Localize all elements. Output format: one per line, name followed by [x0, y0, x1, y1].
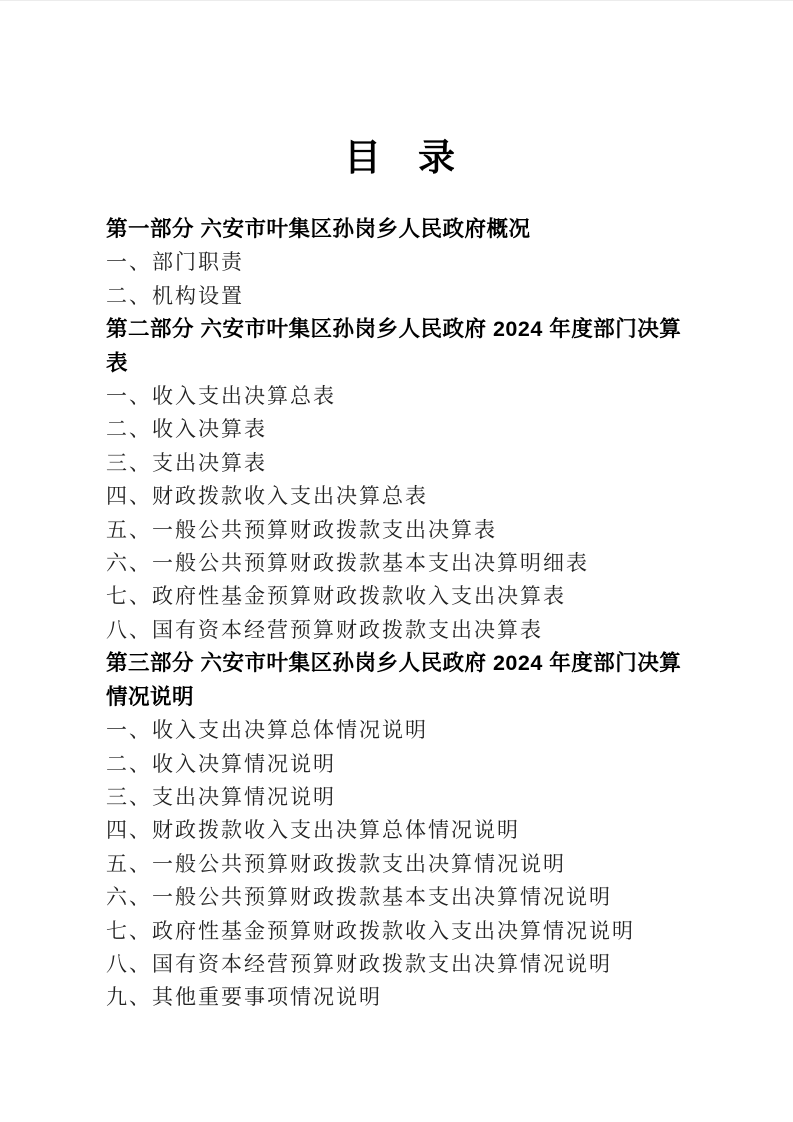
- toc-item: 七、政府性基金预算财政拨款收入支出决算情况说明: [106, 915, 693, 948]
- toc-item: 九、其他重要事项情况说明: [106, 981, 693, 1014]
- page-title: 目 录: [106, 137, 693, 181]
- toc-item: 八、国有资本经营预算财政拨款支出决算表: [106, 614, 693, 647]
- toc-item: 三、支出决算情况说明: [106, 781, 693, 814]
- toc-item: 六、一般公共预算财政拨款基本支出决算明细表: [106, 547, 693, 580]
- toc-item: 五、一般公共预算财政拨款支出决算表: [106, 514, 693, 547]
- toc-item: 四、财政拨款收入支出决算总表: [106, 480, 693, 513]
- document-page: 目 录 第一部分 六安市叶集区孙岗乡人民政府概况 一、部门职责 二、机构设置 第…: [0, 0, 793, 1122]
- toc-item: 七、政府性基金预算财政拨款收入支出决算表: [106, 580, 693, 613]
- toc-item: 八、国有资本经营预算财政拨款支出决算情况说明: [106, 948, 693, 981]
- toc-item: 四、财政拨款收入支出决算总体情况说明: [106, 814, 693, 847]
- toc-item: 二、收入决算表: [106, 413, 693, 446]
- toc-item: 二、机构设置: [106, 280, 693, 313]
- section-1-heading: 第一部分 六安市叶集区孙岗乡人民政府概况: [106, 213, 693, 246]
- table-of-contents: 第一部分 六安市叶集区孙岗乡人民政府概况 一、部门职责 二、机构设置 第二部分 …: [106, 213, 693, 1015]
- toc-item: 三、支出决算表: [106, 447, 693, 480]
- toc-item: 五、一般公共预算财政拨款支出决算情况说明: [106, 848, 693, 881]
- toc-item: 二、收入决算情况说明: [106, 748, 693, 781]
- toc-item: 六、一般公共预算财政拨款基本支出决算情况说明: [106, 881, 693, 914]
- toc-item: 一、收入支出决算总表: [106, 380, 693, 413]
- toc-item: 一、收入支出决算总体情况说明: [106, 714, 693, 747]
- section-3-heading: 第三部分 六安市叶集区孙岗乡人民政府 2024 年度部门决算情况说明: [106, 647, 693, 714]
- section-2-heading: 第二部分 六安市叶集区孙岗乡人民政府 2024 年度部门决算表: [106, 313, 693, 380]
- toc-item: 一、部门职责: [106, 246, 693, 279]
